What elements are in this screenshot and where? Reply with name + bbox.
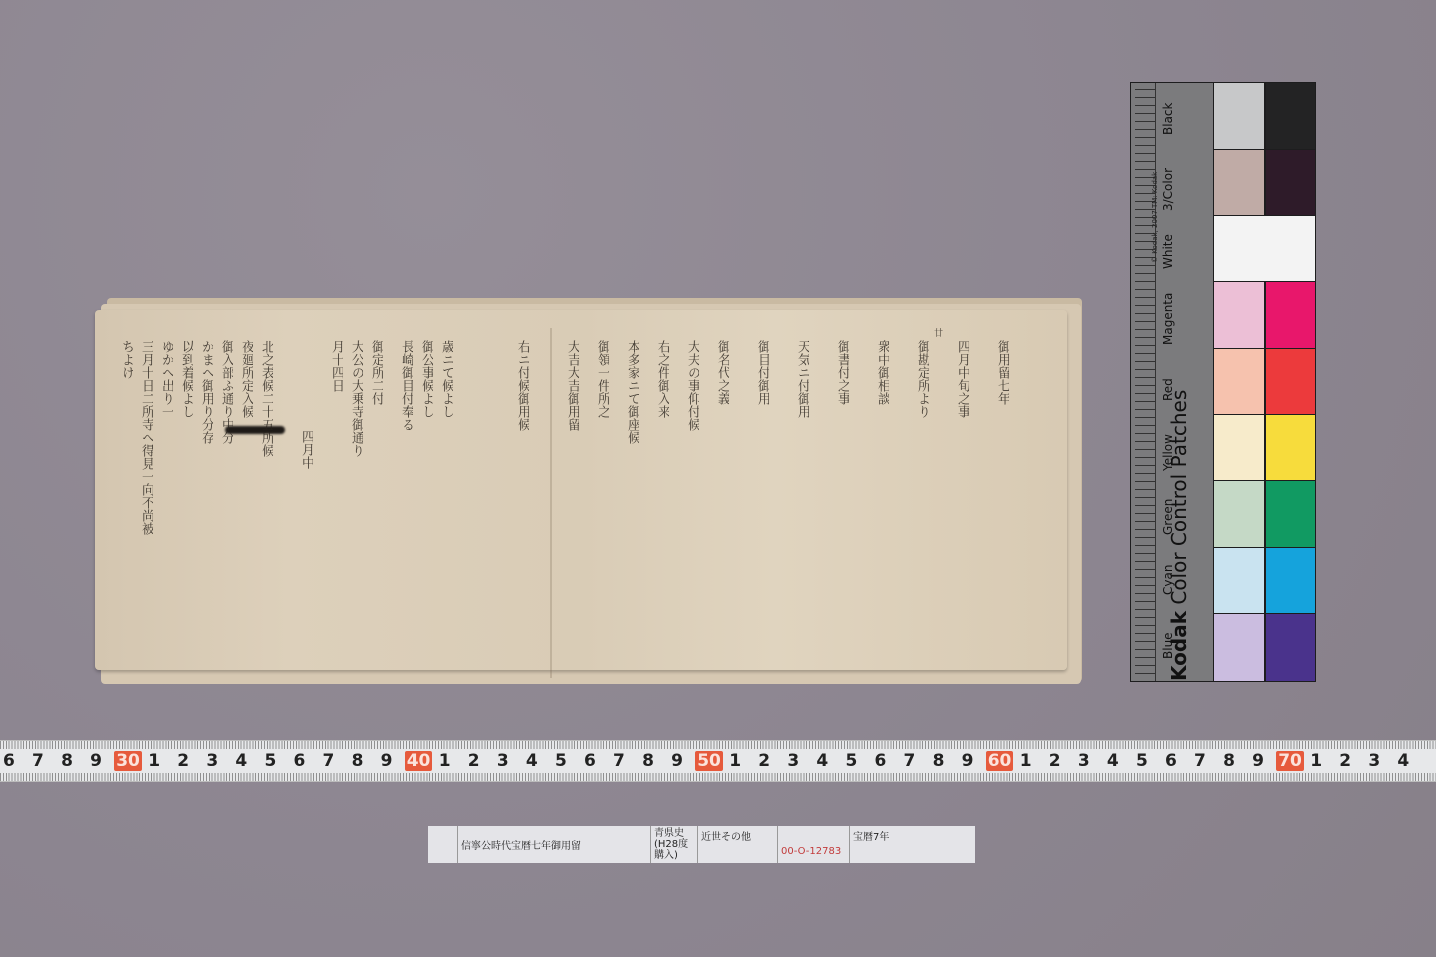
tape-label: 3 — [206, 751, 218, 771]
patch-blue-dark — [1266, 614, 1315, 681]
tape-ticks-bottom — [0, 773, 1436, 781]
text-column: 御領一件所之 — [595, 340, 609, 660]
patch-label: Black — [1161, 103, 1175, 135]
tape-major-label: 60 — [986, 751, 1014, 771]
patch-3color-dark — [1266, 150, 1315, 215]
tape-label: 8 — [352, 751, 364, 771]
tape-label: 2 — [1049, 751, 1061, 771]
tape-label: 4 — [235, 751, 247, 771]
patch-label: Green — [1161, 499, 1175, 535]
chart-copyright: © Kodak, 2007 TM: Kodak — [1151, 172, 1159, 263]
text-column: 三月十日二所寺へ得見一向不尚被 — [139, 340, 153, 640]
tape-label: 8 — [642, 751, 654, 771]
tape-label: 1 — [729, 751, 741, 771]
tape-label: 3 — [787, 751, 799, 771]
patch-magenta-light — [1214, 282, 1264, 348]
tape-label: 9 — [90, 751, 102, 771]
text-column: 天気ニ付御用 — [795, 340, 809, 660]
tape-label: 1 — [148, 751, 160, 771]
text-column: 右ニ付候御用候 — [515, 340, 529, 660]
tape-label: 7 — [323, 751, 335, 771]
patch-label: Blue — [1161, 632, 1175, 659]
label-blank-cell — [428, 826, 458, 863]
tape-measure: 6789301234567894012345678950123456789601… — [0, 740, 1436, 782]
tape-label: 6 — [294, 751, 306, 771]
patch-label: 3/Color — [1161, 168, 1175, 211]
tape-label: 4 — [526, 751, 538, 771]
page-marker: 廿 — [930, 328, 944, 348]
manuscript: ちよけ 三月十日二所寺へ得見一向不尚被 ゆかへ出り一 以到着候よし かまへ御用り… — [95, 298, 1085, 684]
text-column: 長崎御目付奉る — [399, 340, 413, 590]
manuscript-open-page: ちよけ 三月十日二所寺へ得見一向不尚被 ゆかへ出り一 以到着候よし かまへ御用り… — [95, 310, 1067, 670]
text-column: 御書付之事 — [835, 340, 849, 660]
tape-label: 4 — [1397, 751, 1409, 771]
text-column: かまへ御用り分存 — [199, 340, 213, 640]
patch-label: Red — [1161, 378, 1175, 401]
tape-label: 7 — [613, 751, 625, 771]
tape-label: 7 — [1194, 751, 1206, 771]
text-column: 北之表候二十五所候 — [259, 340, 273, 640]
text-column: 本多家ニて御座候 — [625, 340, 639, 660]
tape-label: 3 — [497, 751, 509, 771]
tape-label: 5 — [845, 751, 857, 771]
tape-label: 1 — [1020, 751, 1032, 771]
tape-label: 3 — [1368, 751, 1380, 771]
tape-label: 6 — [584, 751, 596, 771]
text-column: 夜廻所定入候 — [239, 340, 253, 640]
patch-label: Yellow — [1161, 434, 1175, 471]
tape-label: 3 — [1078, 751, 1090, 771]
patch-label: Magenta — [1161, 293, 1175, 345]
date-note: 四月中 — [299, 430, 313, 510]
tape-major-label: 50 — [695, 751, 723, 771]
text-column: 大吉大吉御用留 — [565, 340, 579, 660]
tape-label: 2 — [758, 751, 770, 771]
text-column: 歳ニて候よし — [439, 340, 453, 600]
chart-gray-strip: © Kodak, 2007 TM: Kodak Kodak Color Cont… — [1131, 83, 1213, 681]
text-column: 御入部ふ通り中分 — [219, 340, 233, 640]
tape-label: 4 — [816, 751, 828, 771]
tape-label: 2 — [1339, 751, 1351, 771]
text-column: ゆかへ出り一 — [159, 340, 173, 620]
text-column: 御勘定所より — [915, 340, 929, 660]
label-source: 青県史(H28度購入) — [651, 826, 698, 863]
tape-label: 6 — [875, 751, 887, 771]
label-id: 00-O-12783 — [778, 826, 850, 863]
patch-magenta-dark — [1266, 282, 1315, 348]
patch-label: White — [1161, 234, 1175, 269]
tape-label: 8 — [61, 751, 73, 771]
text-column: 四月中旬之事 — [955, 340, 969, 660]
tape-label: 7 — [904, 751, 916, 771]
patch-red-light — [1214, 349, 1264, 414]
kodak-color-chart: © Kodak, 2007 TM: Kodak Kodak Color Cont… — [1130, 82, 1316, 682]
label-era: 宝暦7年 — [850, 826, 975, 863]
text-column: 月十四日 — [329, 340, 343, 500]
text-column: 御公事候よし — [419, 340, 433, 620]
text-column: 以到着候よし — [179, 340, 193, 640]
patch-yellow-light — [1214, 415, 1264, 480]
tape-label: 5 — [555, 751, 567, 771]
patch-label: Cyan — [1161, 565, 1175, 595]
patch-green-light — [1214, 481, 1264, 547]
patch-cyan-dark — [1266, 548, 1315, 613]
text-column: 右之件御入来 — [655, 340, 669, 660]
tape-label: 6 — [1165, 751, 1177, 771]
tape-label: 2 — [177, 751, 189, 771]
tape-label: 8 — [1223, 751, 1235, 771]
text-column: 御目付御用 — [755, 340, 769, 660]
text-column: ちよけ — [119, 340, 133, 640]
patch-cyan-light — [1214, 548, 1264, 613]
tape-label: 9 — [962, 751, 974, 771]
ink-smudge — [225, 426, 285, 434]
patch-red-dark — [1266, 349, 1315, 414]
tape-label: 6 — [3, 751, 15, 771]
tape-label: 2 — [468, 751, 480, 771]
patch-3color-light — [1214, 150, 1264, 215]
text-column: 御定所二付 — [369, 340, 383, 500]
tape-label: 4 — [1107, 751, 1119, 771]
tape-major-label: 70 — [1276, 751, 1304, 771]
patch-black-dark — [1266, 83, 1315, 149]
patch-white — [1214, 216, 1315, 281]
patch-green-dark — [1266, 481, 1315, 547]
patch-blue-light — [1214, 614, 1264, 681]
label-title: 信寧公時代宝暦七年御用留 — [458, 826, 651, 863]
text-column: 大夫の事仰付候 — [685, 340, 699, 660]
text-column: 御用留七年 — [995, 340, 1009, 660]
tape-label: 1 — [1310, 751, 1322, 771]
tape-label: 9 — [381, 751, 393, 771]
tape-label: 1 — [439, 751, 451, 771]
tape-label: 9 — [671, 751, 683, 771]
text-column: 御名代之義 — [715, 340, 729, 660]
page-fold — [550, 328, 552, 678]
tape-label: 9 — [1252, 751, 1264, 771]
patch-yellow-dark — [1266, 415, 1315, 480]
tape-label: 8 — [933, 751, 945, 771]
tape-ticks-top — [0, 741, 1436, 749]
tape-label: 5 — [1136, 751, 1148, 771]
text-column: 大公の大乗寺御通り — [349, 340, 363, 540]
patch-black-light — [1214, 83, 1264, 149]
tape-major-label: 40 — [405, 751, 433, 771]
text-column: 衆中御相談 — [875, 340, 889, 660]
label-category: 近世その他 — [698, 826, 778, 863]
tape-label: 7 — [32, 751, 44, 771]
tape-label: 5 — [264, 751, 276, 771]
tape-major-label: 30 — [114, 751, 142, 771]
catalog-label: 信寧公時代宝暦七年御用留 青県史(H28度購入) 近世その他 00-O-1278… — [428, 826, 975, 863]
